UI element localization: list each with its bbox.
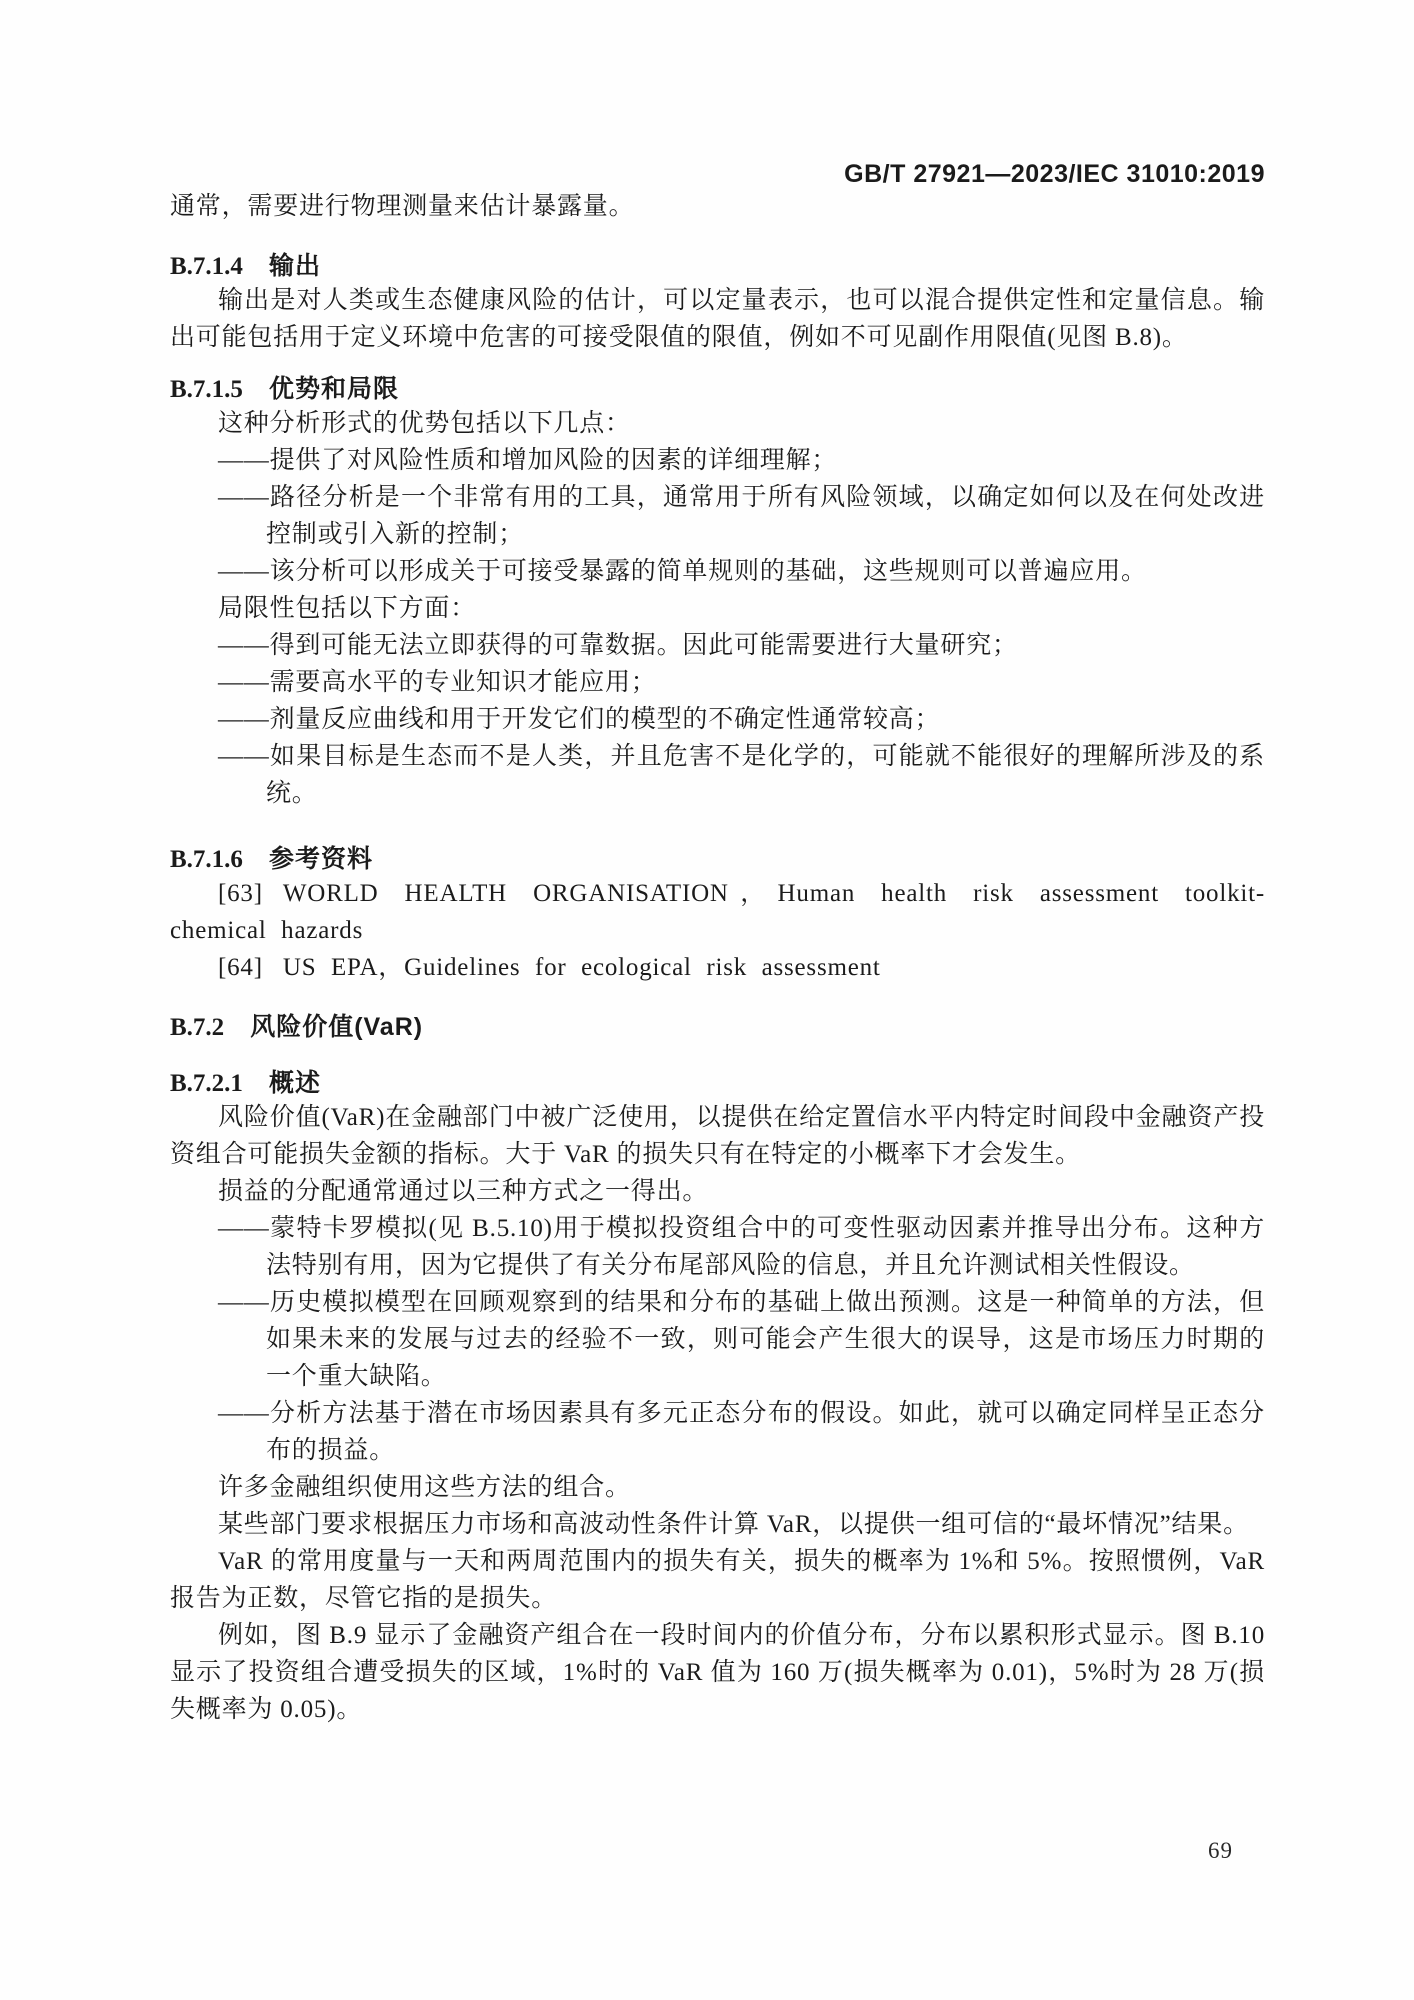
paragraph-combination: 许多金融组织使用这些方法的组合。 — [170, 1469, 1265, 1506]
document-page: GB/T 27921—2023/IEC 31010:2019 通常，需要进行物理… — [0, 0, 1414, 2000]
paragraph-var-overview: 风险价值(VaR)在金融部门中被广泛使用，以提供在给定置信水平内特定时间段中金融… — [170, 1099, 1265, 1173]
reference-item: [63]WORLD HEALTH ORGANISATION，Human heal… — [170, 875, 1265, 949]
running-header: GB/T 27921—2023/IEC 31010:2019 — [170, 160, 1265, 188]
section-heading-b7-2: B.7.2风险价值(VaR) — [170, 1012, 1265, 1043]
heading-number: B.7.1.4 — [170, 253, 243, 280]
paragraph-distribution-intro: 损益的分配通常通过以三种方式之一得出。 — [170, 1173, 1265, 1210]
paragraph-continuation: 通常，需要进行物理测量来估计暴露量。 — [170, 188, 1265, 225]
heading-number: B.7.1.5 — [170, 376, 243, 403]
reference-label: [63] — [218, 880, 263, 907]
heading-number: B.7.1.6 — [170, 846, 243, 873]
method-item: ——蒙特卡罗模拟(见 B.5.10)用于模拟投资组合中的可变性驱动因素并推导出分… — [170, 1210, 1265, 1284]
strengths-intro: 这种分析形式的优势包括以下几点： — [170, 405, 1265, 442]
strength-item: ——提供了对风险性质和增加风险的因素的详细理解； — [170, 442, 1265, 479]
paragraph-example: 例如，图 B.9 显示了金融资产组合在一段时间内的价值分布，分布以累积形式显示。… — [170, 1617, 1265, 1728]
paragraph-stressed-market: 某些部门要求根据压力市场和高波动性条件计算 VaR，以提供一组可信的“最坏情况”… — [170, 1506, 1265, 1543]
heading-title: 概述 — [269, 1069, 321, 1097]
paragraph-output: 输出是对人类或生态健康风险的估计，可以定量表示，也可以混合提供定性和定量信息。输… — [170, 282, 1265, 356]
reference-text: US EPA，Guidelines for ecological risk as… — [283, 954, 881, 981]
heading-title: 输出 — [269, 252, 321, 280]
limitation-item: ——得到可能无法立即获得的可靠数据。因此可能需要进行大量研究； — [170, 627, 1265, 664]
section-heading-b7-1-5: B.7.1.5优势和局限 — [170, 374, 1265, 405]
limitations-intro: 局限性包括以下方面： — [170, 590, 1265, 627]
limitation-item: ——如果目标是生态而不是人类，并且危害不是化学的，可能就不能很好的理解所涉及的系… — [170, 738, 1265, 812]
reference-label: [64] — [218, 954, 263, 981]
strength-item: ——该分析可以形成关于可接受暴露的简单规则的基础，这些规则可以普遍应用。 — [170, 553, 1265, 590]
section-heading-b7-1-6: B.7.1.6参考资料 — [170, 844, 1265, 875]
page-number: 69 — [170, 1838, 1265, 1864]
reference-item: [64]US EPA，Guidelines for ecological ris… — [170, 949, 1265, 986]
limitation-item: ——需要高水平的专业知识才能应用； — [170, 664, 1265, 701]
heading-number: B.7.2.1 — [170, 1070, 243, 1097]
page-content: GB/T 27921—2023/IEC 31010:2019 通常，需要进行物理… — [170, 160, 1265, 1728]
heading-title: 参考资料 — [269, 845, 373, 873]
limitation-item: ——剂量反应曲线和用于开发它们的模型的不确定性通常较高； — [170, 701, 1265, 738]
paragraph-common-measures: VaR 的常用度量与一天和两周范围内的损失有关，损失的概率为 1%和 5%。按照… — [170, 1543, 1265, 1617]
standard-code: GB/T 27921—2023/IEC 31010:2019 — [844, 160, 1265, 188]
strength-item: ——路径分析是一个非常有用的工具，通常用于所有风险领域，以确定如何以及在何处改进… — [170, 479, 1265, 553]
heading-title: 风险价值(VaR) — [250, 1013, 423, 1041]
section-heading-b7-1-4: B.7.1.4输出 — [170, 251, 1265, 282]
method-item: ——分析方法基于潜在市场因素具有多元正态分布的假设。如此，就可以确定同样呈正态分… — [170, 1395, 1265, 1469]
section-heading-b7-2-1: B.7.2.1概述 — [170, 1068, 1265, 1099]
heading-title: 优势和局限 — [269, 375, 399, 403]
reference-text: WORLD HEALTH ORGANISATION，Human health r… — [170, 880, 1265, 944]
heading-number: B.7.2 — [170, 1014, 224, 1041]
method-item: ——历史模拟模型在回顾观察到的结果和分布的基础上做出预测。这是一种简单的方法，但… — [170, 1284, 1265, 1395]
